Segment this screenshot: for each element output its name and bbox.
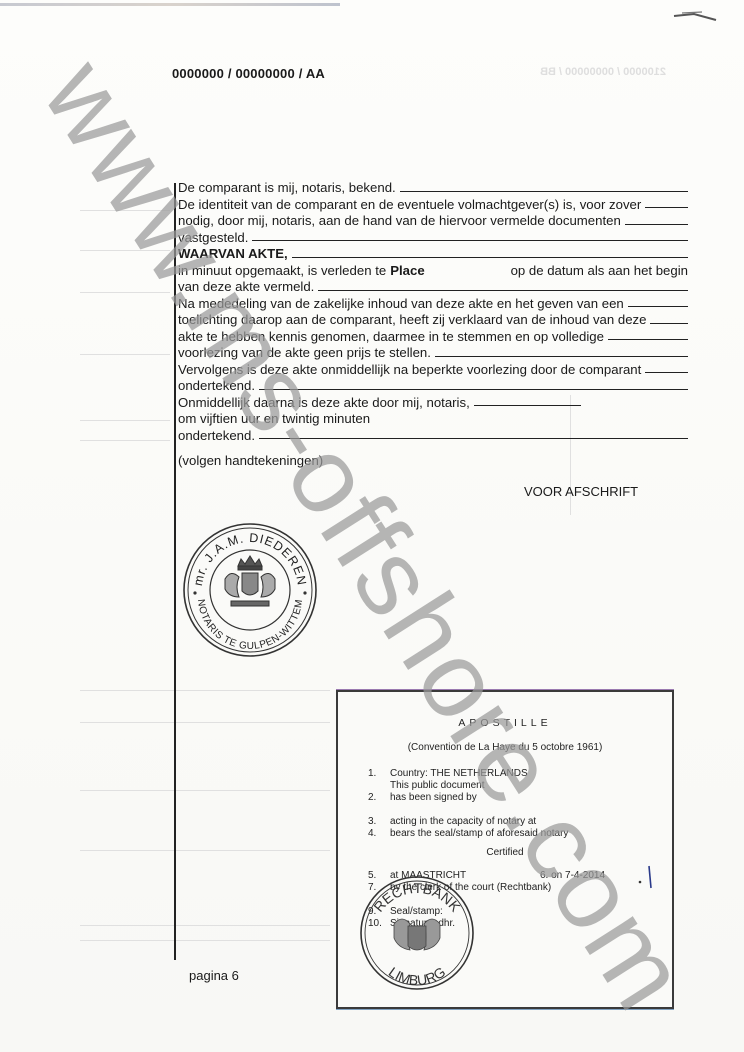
apostille-item: 3.acting in the capacity of notary at [368, 816, 536, 827]
page-number: pagina 6 [189, 968, 239, 983]
bleed-line [80, 940, 330, 941]
apostille-certified: Certified [338, 847, 672, 858]
bleed-line [80, 440, 170, 441]
bleed-line [80, 250, 170, 251]
place-field: Place [390, 263, 424, 280]
court-seal-top-text: RECHTBANK [370, 880, 464, 915]
apostille-date: 6. on 7-4-2014 [540, 870, 605, 881]
bleed-line [80, 850, 330, 851]
margin-rule [174, 183, 176, 960]
bleed-line [80, 690, 330, 691]
body-line: om vijftien uur en twintig minuten [178, 411, 688, 428]
signatures-note: (volgen handtekeningen) [178, 453, 688, 470]
body-line: vastgesteld. [178, 230, 688, 247]
apostille-item: 4.bears the seal/stamp of aforesaid nota… [368, 828, 568, 839]
bleed-line [80, 420, 170, 421]
bleed-line [80, 925, 330, 926]
body-line: Vervolgens is deze akte onmiddellijk na … [178, 362, 688, 379]
apostille-title: APOSTILLE [338, 717, 672, 729]
bleed-line [80, 210, 170, 211]
body-line: van deze akte vermeld. [178, 279, 688, 296]
bleed-through-reference: 2100000 / 00000000 / BB [540, 66, 666, 78]
copy-label: VOOR AFSCHRIFT [524, 484, 638, 499]
apostille-box: APOSTILLE (Convention de La Haye du 5 oc… [336, 690, 674, 1009]
apostille-convention: (Convention de La Haye du 5 octobre 1961… [338, 742, 672, 753]
body-line: toelichting daarop aan de comparant, hee… [178, 312, 688, 329]
notary-seal: mr. J.A.M. DIEDEREN NOTARIS TE GULPEN-WI… [181, 521, 319, 659]
body-line-heading: WAARVAN AKTE, [178, 246, 688, 263]
deed-body: De comparant is mij, notaris, bekend. De… [178, 180, 688, 470]
body-line: De comparant is mij, notaris, bekend. [178, 180, 688, 197]
apostille-item: This public document [368, 780, 485, 791]
body-line: De identiteit van de comparant en de eve… [178, 197, 688, 214]
bleed-line [80, 790, 330, 791]
bleed-line [80, 292, 170, 293]
apostille-item: 2.has been signed by [368, 792, 477, 803]
body-line: Onmiddellijk daarna is deze akte door mi… [178, 395, 688, 412]
document-page: 2100000 / 00000000 / BB 0000000 / 000000… [0, 0, 744, 1052]
court-seal: RECHTBANK LIMBURG [358, 874, 476, 992]
body-line: voorlezing van de akte geen prijs te ste… [178, 345, 688, 362]
coat-of-arms-icon [394, 919, 440, 950]
body-line-place: in minuut opgemaakt, is verleden te Plac… [178, 263, 688, 280]
body-line: ondertekend. [178, 378, 688, 395]
svg-text:RECHTBANK: RECHTBANK [370, 880, 464, 915]
bleed-line [80, 722, 330, 723]
body-line: Na mededeling van de zakelijke inhoud va… [178, 296, 688, 313]
signature-mark-icon [638, 862, 652, 892]
staple-mark-icon [672, 10, 718, 22]
body-line: nodig, door mij, notaris, aan de hand va… [178, 213, 688, 230]
coat-of-arms-icon [225, 556, 275, 606]
document-reference: 0000000 / 00000000 / AA [172, 66, 325, 81]
scan-edge [0, 3, 340, 6]
apostille-item: 1.Country: THE NETHERLANDS [368, 768, 528, 779]
bleed-line [80, 354, 170, 355]
body-line: ondertekend. [178, 428, 688, 445]
body-line: akte te hebben kennis genomen, daarmee i… [178, 329, 688, 346]
